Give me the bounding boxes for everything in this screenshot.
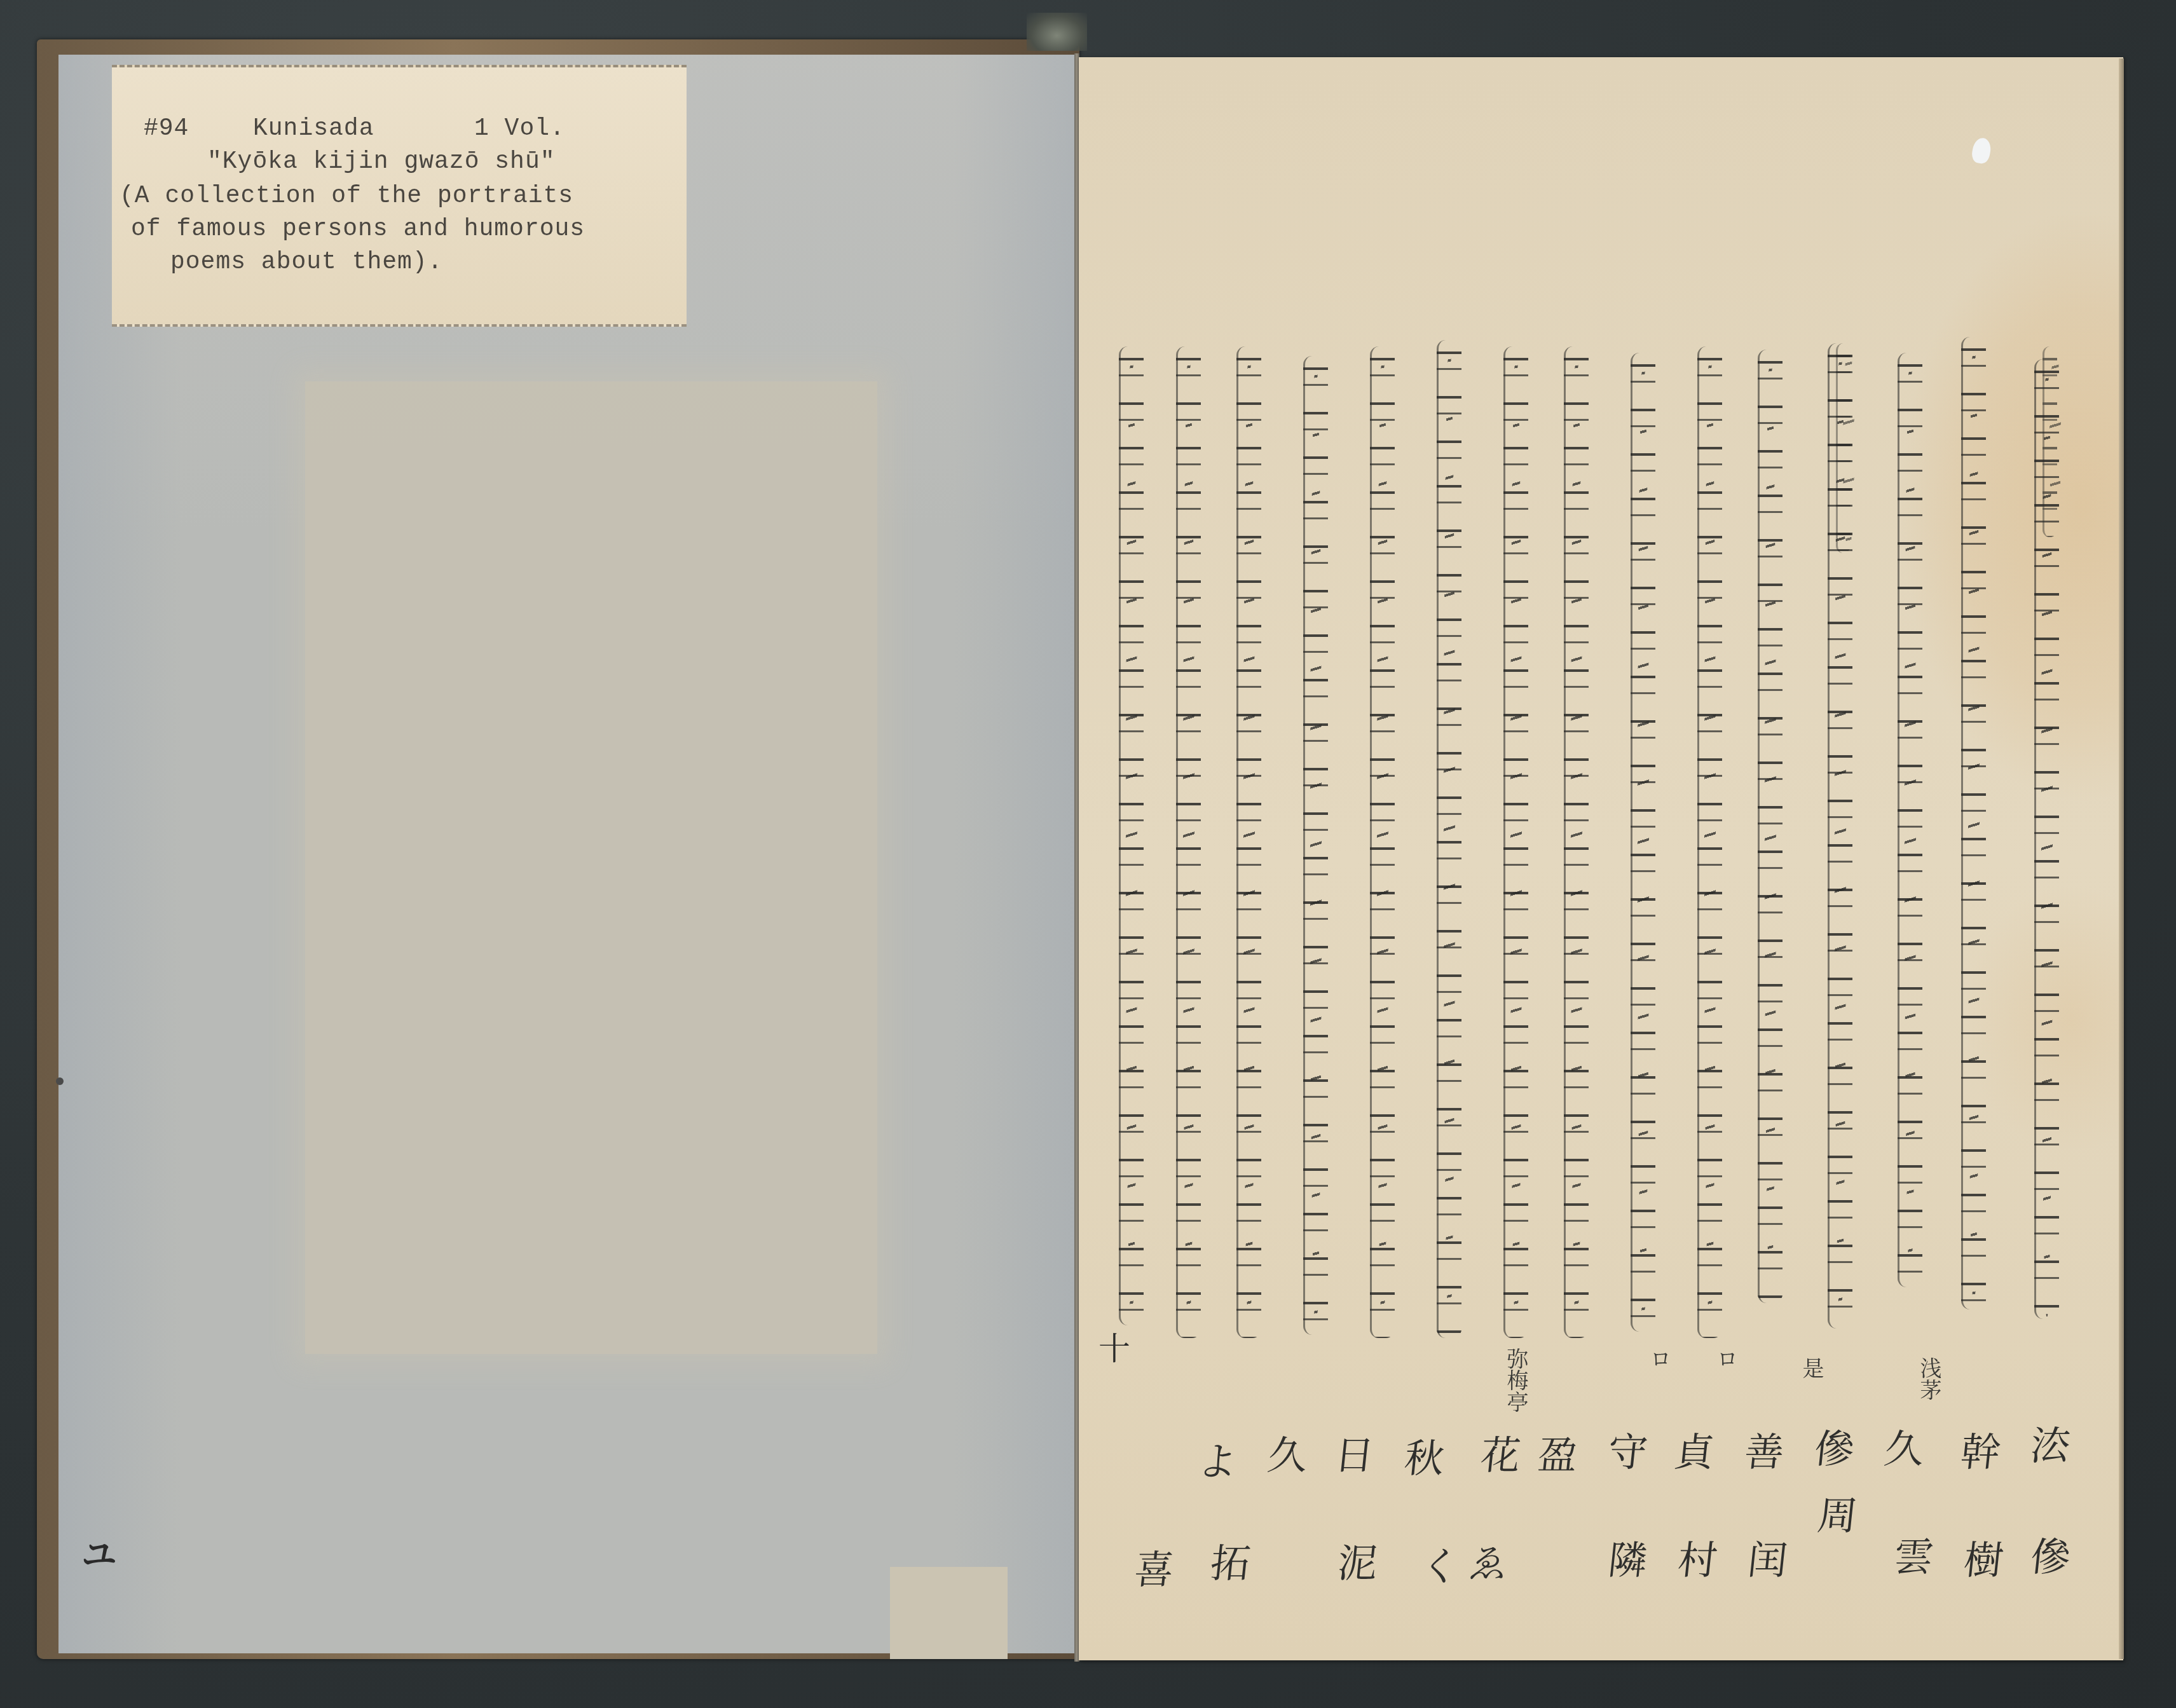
- label-title: "Kyōka kijin gwazō shū": [207, 145, 556, 179]
- author-name-char: 守: [1605, 1421, 1650, 1477]
- binding-clip: [1027, 13, 1087, 51]
- left-page-inner-panel: [305, 381, 877, 1354]
- author-name-char: 樹: [1961, 1529, 2006, 1585]
- author-name-char: く: [1418, 1535, 1463, 1592]
- author-name-char: 泥: [1335, 1532, 1380, 1588]
- author-name-char: 隣: [1605, 1529, 1650, 1585]
- author-name-char: 盈: [1535, 1424, 1580, 1480]
- annotation-note: 是: [1796, 1357, 1827, 1379]
- text-column: [1885, 353, 1929, 1287]
- author-name-char: 傪: [1812, 1418, 1857, 1474]
- right-page-edge: [2119, 58, 2124, 1659]
- text-column: [1163, 346, 1208, 1338]
- author-name-char: ゑ: [1465, 1532, 1510, 1588]
- text-column: [1424, 340, 1468, 1338]
- catalogue-label: #94 Kunisada 1 Vol. "Kyōka kijin gwazō s…: [112, 65, 687, 327]
- author-name-char: 善: [1742, 1421, 1787, 1477]
- text-column: [1685, 346, 1729, 1338]
- author-name-char: 久: [1265, 1424, 1310, 1480]
- author-name-char: 秋: [1402, 1427, 1447, 1484]
- author-name-char: 貞: [1672, 1421, 1717, 1477]
- label-number: #94: [144, 112, 189, 146]
- label-artist: Kunisada: [253, 112, 374, 146]
- author-name-char: 周: [1815, 1484, 1860, 1541]
- author-name-char: 村: [1675, 1529, 1720, 1585]
- label-description-line: (A collection of the portraits: [120, 179, 573, 214]
- left-page-patch: [890, 1567, 1008, 1659]
- label-description-line: of famous persons and humorous: [131, 212, 585, 247]
- author-name-char: 闰: [1745, 1529, 1790, 1585]
- text-column: [1491, 346, 1535, 1338]
- label-description-line: poems about them).: [170, 245, 442, 280]
- text-column: [1106, 346, 1151, 1325]
- right-folio-mark: 十: [1098, 1323, 1130, 1369]
- annotation-note: ロ: [1710, 1348, 1741, 1369]
- author-name-char: 幹: [1958, 1421, 2003, 1477]
- text-column: [1815, 343, 1859, 1329]
- author-name-char: 日: [1332, 1424, 1377, 1480]
- text-column: [1551, 346, 1596, 1338]
- text-column: [1618, 353, 1662, 1332]
- text-column: [1357, 346, 1402, 1338]
- binding-hole: [56, 1077, 64, 1085]
- text-column: [2022, 359, 2066, 1319]
- annotation-note: 浅茅: [1913, 1357, 1945, 1400]
- author-name-char: 喜: [1132, 1538, 1177, 1595]
- text-column: [1224, 346, 1268, 1338]
- author-name-char: 雲: [1891, 1526, 1936, 1582]
- author-name-char: 花: [1478, 1424, 1523, 1480]
- author-name-char: よ: [1195, 1430, 1240, 1487]
- author-name-char: 傪: [2028, 1526, 2073, 1582]
- author-name-char: 久: [1882, 1418, 1927, 1474]
- text-column: [1948, 337, 1993, 1309]
- text-column: [1290, 356, 1335, 1335]
- label-volumes: 1 Vol.: [474, 112, 565, 146]
- left-folio-mark: ユ: [81, 1527, 117, 1578]
- annotation-note: ロ: [1643, 1348, 1674, 1369]
- author-name-char: 㳒: [2028, 1414, 2073, 1471]
- author-name-char: 拓: [1208, 1532, 1253, 1588]
- annotation-note: 弥梅亭: [1500, 1348, 1531, 1412]
- text-column: [1745, 350, 1789, 1303]
